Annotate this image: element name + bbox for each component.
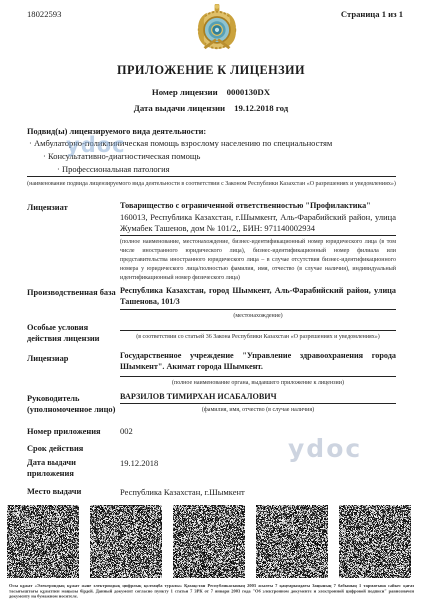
divider (120, 309, 396, 310)
license-number-label: Номер лицензии (152, 87, 218, 97)
licensor-value: Государственное учреждение "Управление з… (120, 350, 396, 372)
licensor-note: (полное наименование органа, выдавшего п… (120, 379, 396, 388)
production-base-label: Производственная база (27, 287, 116, 298)
page-indicator: Страница 1 из 1 (341, 9, 403, 19)
ydoc-watermark: ydoc (288, 434, 362, 463)
signature-stamp-row (7, 505, 411, 578)
license-date-label: Дата выдачи лицензии (134, 103, 225, 113)
bullet-marker: · (43, 151, 46, 161)
barcode-image (90, 505, 162, 578)
licensee-address: 160013, Республика Казахстан, г.Шымкент,… (120, 212, 396, 233)
divider (120, 403, 396, 404)
bullet-marker: · (57, 164, 60, 174)
license-date-value: 19.12.2018 год (234, 103, 288, 113)
head-label: Руководитель (уполномоченное лицо) (27, 393, 115, 415)
appendix-issue-value: 19.12.2018 (120, 458, 158, 469)
subtypes-note: (наименование подвида лицензируемого вид… (27, 179, 396, 189)
validity-label: Срок действия (27, 443, 83, 454)
subtype-item: · Консультативно-диагностическая помощь (43, 150, 332, 163)
appendix-number-label: Номер приложения (27, 426, 101, 437)
legal-footer-text: Осы құжат «Электрондық құжат және электр… (9, 583, 414, 599)
kazakhstan-emblem-icon (194, 3, 240, 53)
license-appendix-document: 18022593 Страница 1 из 1 ПРИЛОЖЕНИЕ К ЛИ… (0, 0, 422, 600)
subtype-item: · Амбулаторно-поликлиническая помощь взр… (29, 137, 332, 150)
barcode-image (173, 505, 245, 578)
divider (27, 176, 396, 177)
special-conditions-label: Особые условия действия лицензии (27, 322, 100, 344)
barcode-image (7, 505, 79, 578)
divider (120, 330, 396, 331)
bullet-marker: · (29, 138, 32, 148)
divider (120, 376, 396, 377)
license-number-value: 0000130DX (227, 87, 271, 97)
head-name: ВАРЗИЛОВ ТИМИРХАН ИСАБАЛОВИЧ (120, 391, 396, 402)
production-base-value: Республика Казахстан, город Шымкент, Аль… (120, 285, 396, 307)
subtype-item: · Профессиональная патология (57, 163, 332, 176)
issue-place-value: Республика Казахстан, г.Шымкент (120, 487, 245, 498)
licensor-label: Лицензиар (27, 353, 68, 364)
legal-footer: Осы құжат «Электрондық құжат және электр… (9, 583, 414, 597)
licensee-note: (полное наименование, местонахождение, б… (120, 238, 396, 283)
license-date-line: Дата выдачи лицензии19.12.2018 год (0, 103, 422, 113)
production-base-note: (местонахождение) (120, 312, 396, 321)
barcode-image (339, 505, 411, 578)
appendix-issue-label: Дата выдачи приложения (27, 457, 76, 479)
subtypes-list: · Амбулаторно-поликлиническая помощь взр… (29, 137, 332, 176)
appendix-number-value: 002 (120, 426, 133, 437)
barcode-image (256, 505, 328, 578)
head-note: (фамилия, имя, отчество (в случае наличи… (120, 406, 396, 415)
special-conditions-note: (в соответствии со статьей 36 Закона Рес… (120, 333, 396, 342)
licensee-label: Лицензиат (27, 202, 68, 213)
document-title: ПРИЛОЖЕНИЕ К ЛИЦЕНЗИИ (0, 63, 422, 78)
divider (120, 235, 396, 236)
document-number: 18022593 (27, 9, 61, 19)
license-number-line: Номер лицензии0000130DX (0, 87, 422, 97)
licensee-name: Товарищество с ограниченной ответственно… (120, 200, 396, 211)
subtypes-heading: Подвид(ы) лицензируемого вида деятельнос… (27, 126, 206, 137)
issue-place-label: Место выдачи (27, 486, 81, 497)
